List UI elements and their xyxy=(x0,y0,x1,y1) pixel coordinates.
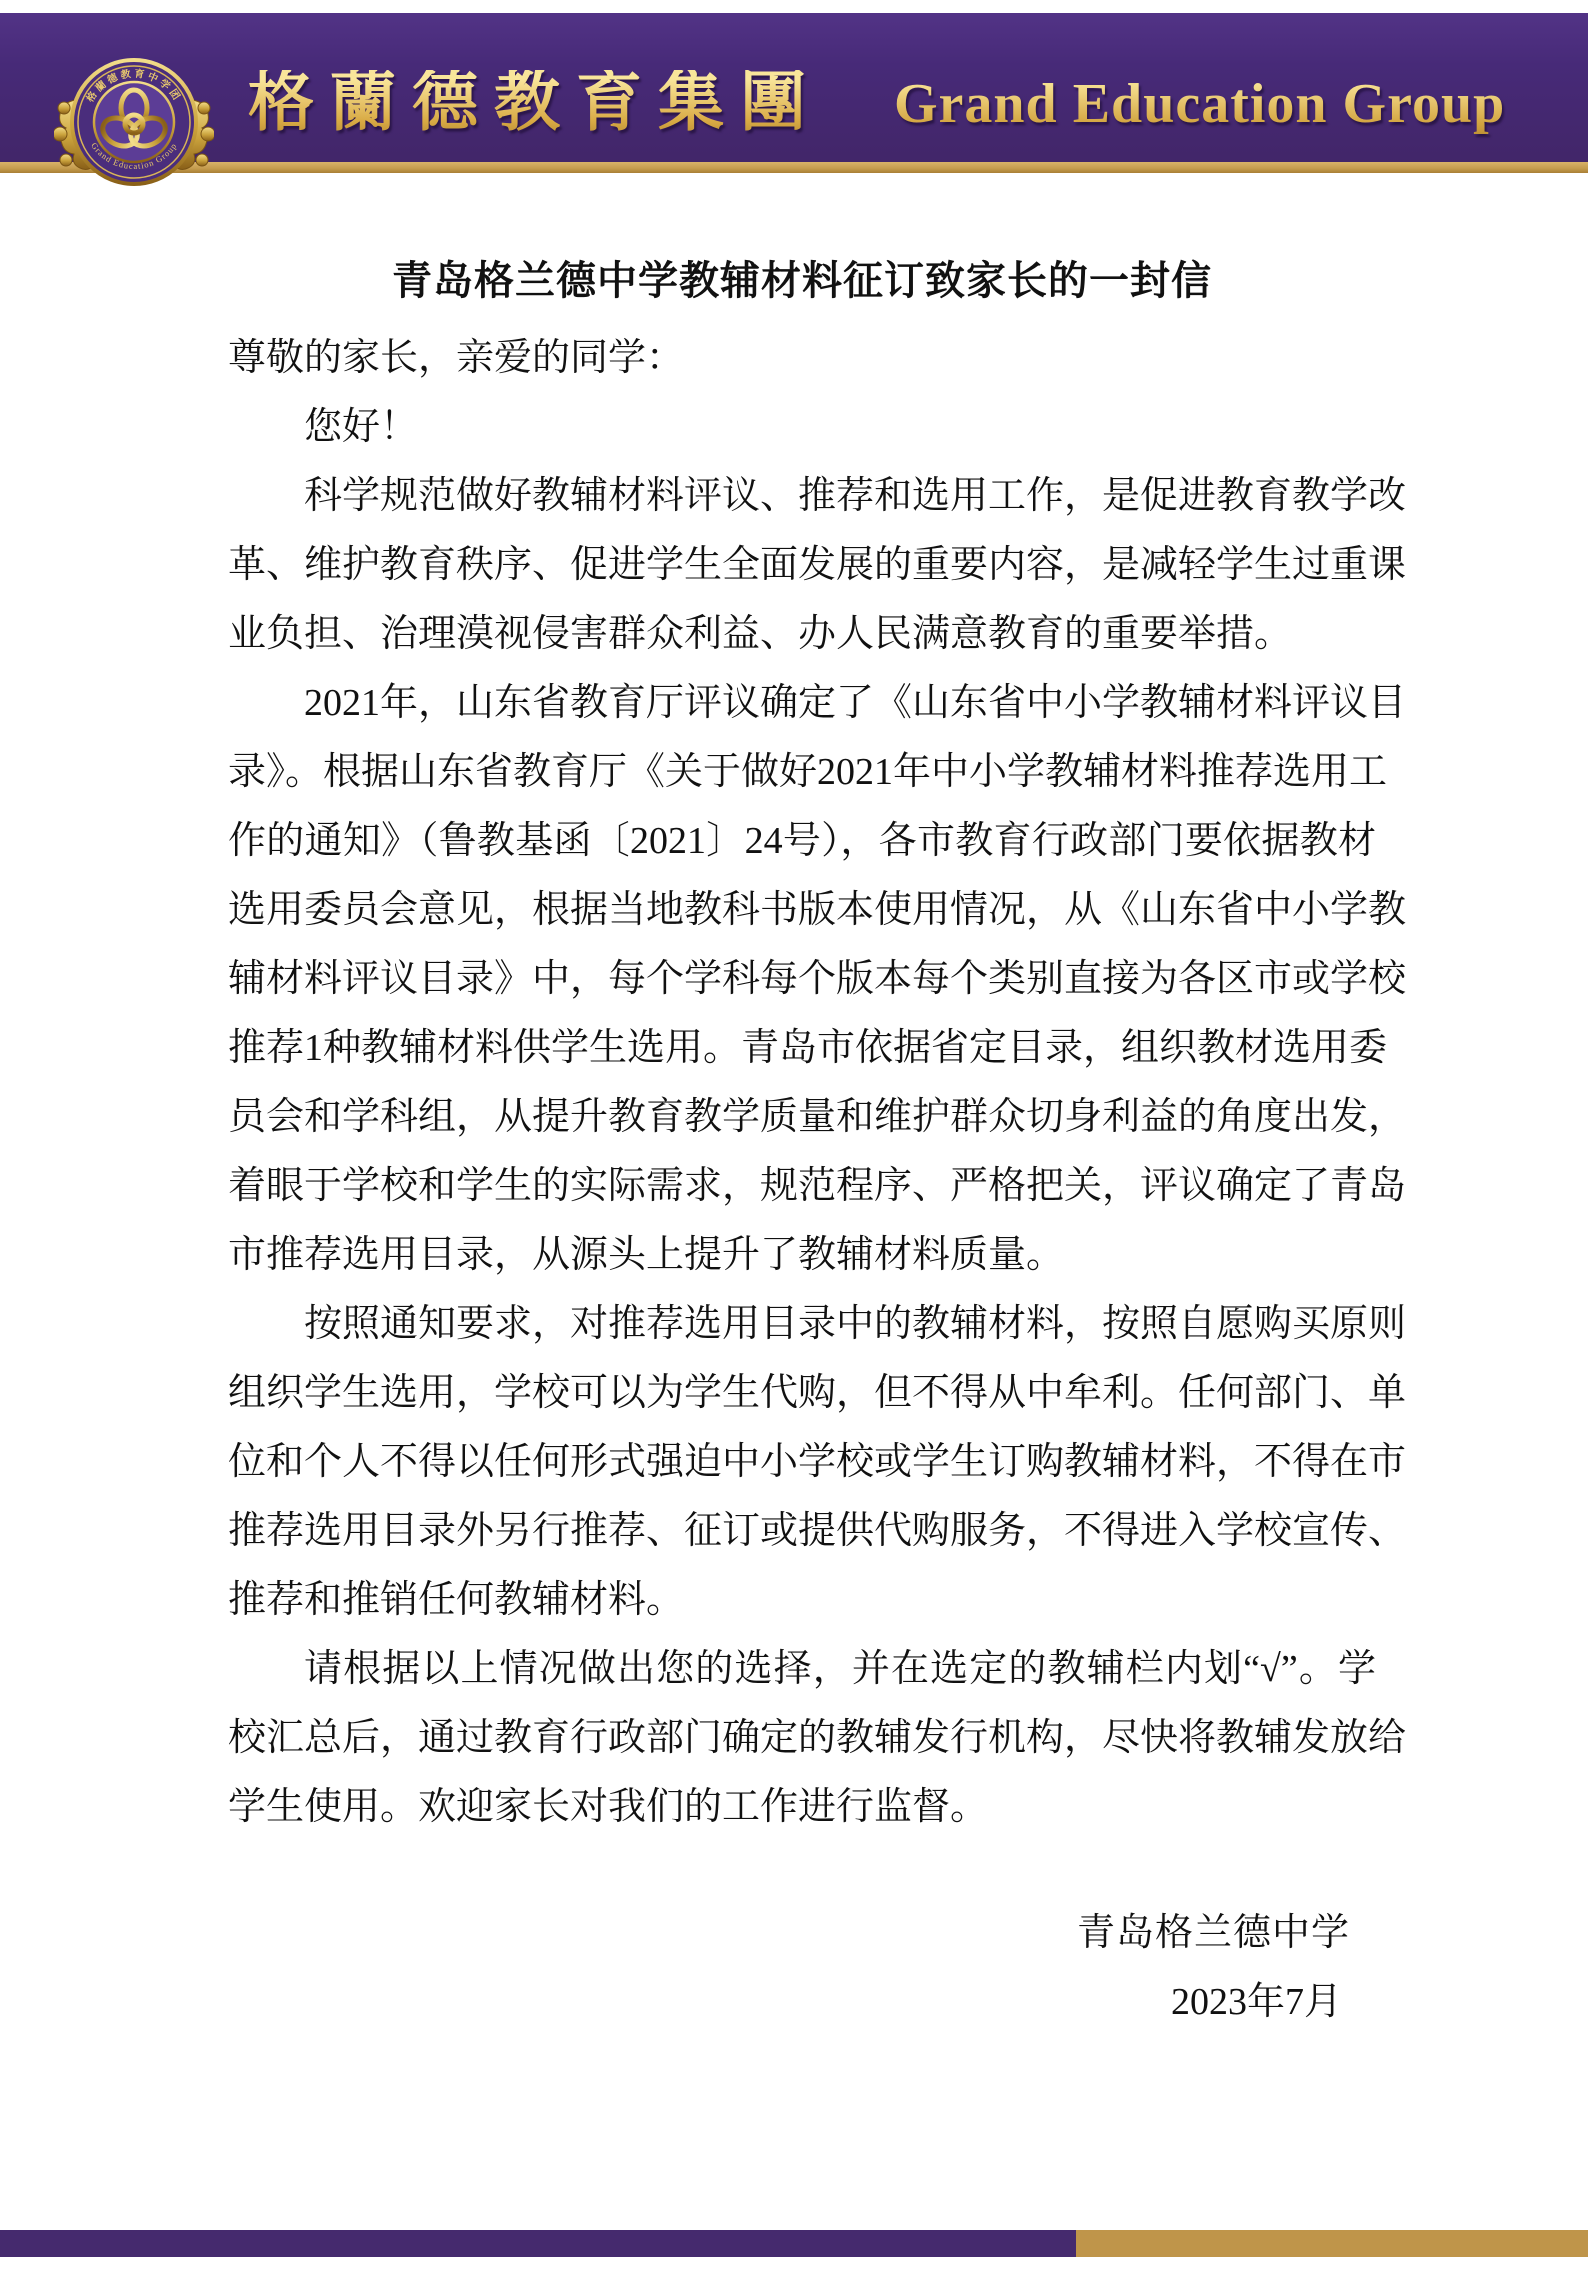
signature-school: 青岛格兰德中学 xyxy=(228,1899,1376,1968)
letter-line: 请根据以上情况做出您的选择，并在选定的教辅栏内划“√”。学 xyxy=(228,1635,1376,1704)
letter-line: 推荐1种教辅材料供学生选用。青岛市依据省定目录，组织教材选用委 xyxy=(228,1014,1376,1083)
signature-date: 2023年7月 xyxy=(228,1968,1376,2037)
letter-line: 辅材料评议目录》中，每个学科每个版本每个类别直接为各区市或学校 xyxy=(228,945,1376,1014)
footer-purple-bar xyxy=(0,2230,1076,2257)
letter-title: 青岛格兰德中学教辅材料征订致家长的一封信 xyxy=(228,250,1376,312)
signature-block: 青岛格兰德中学 2023年7月 xyxy=(228,1899,1376,2037)
letter-line: 位和个人不得以任何形式强迫中小学校或学生订购教辅材料，不得在市 xyxy=(228,1428,1376,1497)
brand-name-english: Grand Education Group xyxy=(894,76,1505,162)
letter-line: 录》。根据山东省教育厅《关于做好2021年中小学教辅材料推荐选用工 xyxy=(228,738,1376,807)
letter-line: 推荐选用目录外另行推荐、征订或提供代购服务，不得进入学校宣传、 xyxy=(228,1497,1376,1566)
letter-line: 市推荐选用目录，从源头上提升了教辅材料质量。 xyxy=(228,1221,1376,1290)
letter-line: 作的通知》（鲁教基函〔2021〕24号），各市教育行政部门要依据教材 xyxy=(228,807,1376,876)
footer-gold-bar xyxy=(1076,2230,1588,2257)
letter-body: 青岛格兰德中学教辅材料征订致家长的一封信 尊敬的家长，亲爱的同学：您好！科学规范… xyxy=(228,250,1376,2037)
school-emblem-logo-icon: 格蘭德教育中学团 Grand Education Group xyxy=(54,48,214,196)
brand-name-chinese: 格蘭德教育集團 xyxy=(248,70,822,162)
letter-line: 校汇总后，通过教育行政部门确定的教辅发行机构，尽快将教辅发放给 xyxy=(228,1704,1376,1773)
letter-line: 员会和学科组，从提升教育教学质量和维护群众切身利益的角度出发， xyxy=(228,1083,1376,1152)
letter-line: 着眼于学校和学生的实际需求，规范程序、严格把关，评议确定了青岛 xyxy=(228,1152,1376,1221)
letter-page: 格蘭德教育集團 Grand Education Group xyxy=(0,0,1588,2271)
letter-line: 尊敬的家长，亲爱的同学： xyxy=(228,324,1376,393)
letter-line: 选用委员会意见，根据当地教科书版本使用情况，从《山东省中小学教 xyxy=(228,876,1376,945)
letter-line: 学生使用。欢迎家长对我们的工作进行监督。 xyxy=(228,1773,1376,1842)
letter-line: 按照通知要求，对推荐选用目录中的教辅材料，按照自愿购买原则 xyxy=(228,1290,1376,1359)
letter-line: 革、维护教育秩序、促进学生全面发展的重要内容，是减轻学生过重课 xyxy=(228,531,1376,600)
letter-line: 业负担、治理漠视侵害群众利益、办人民满意教育的重要举措。 xyxy=(228,600,1376,669)
letter-line: 组织学生选用，学校可以为学生代购，但不得从中牟利。任何部门、单 xyxy=(228,1359,1376,1428)
letter-line: 您好！ xyxy=(228,393,1376,462)
header-brand: 格蘭德教育集團 Grand Education Group xyxy=(248,13,1548,162)
letter-line: 2021年，山东省教育厅评议确定了《山东省中小学教辅材料评议目 xyxy=(228,669,1376,738)
letter-lines: 尊敬的家长，亲爱的同学：您好！科学规范做好教辅材料评议、推荐和选用工作，是促进教… xyxy=(228,324,1376,1842)
header-gold-stripe xyxy=(0,162,1588,173)
letter-line: 科学规范做好教辅材料评议、推荐和选用工作，是促进教育教学改 xyxy=(228,462,1376,531)
letter-line: 推荐和推销任何教辅材料。 xyxy=(228,1566,1376,1635)
